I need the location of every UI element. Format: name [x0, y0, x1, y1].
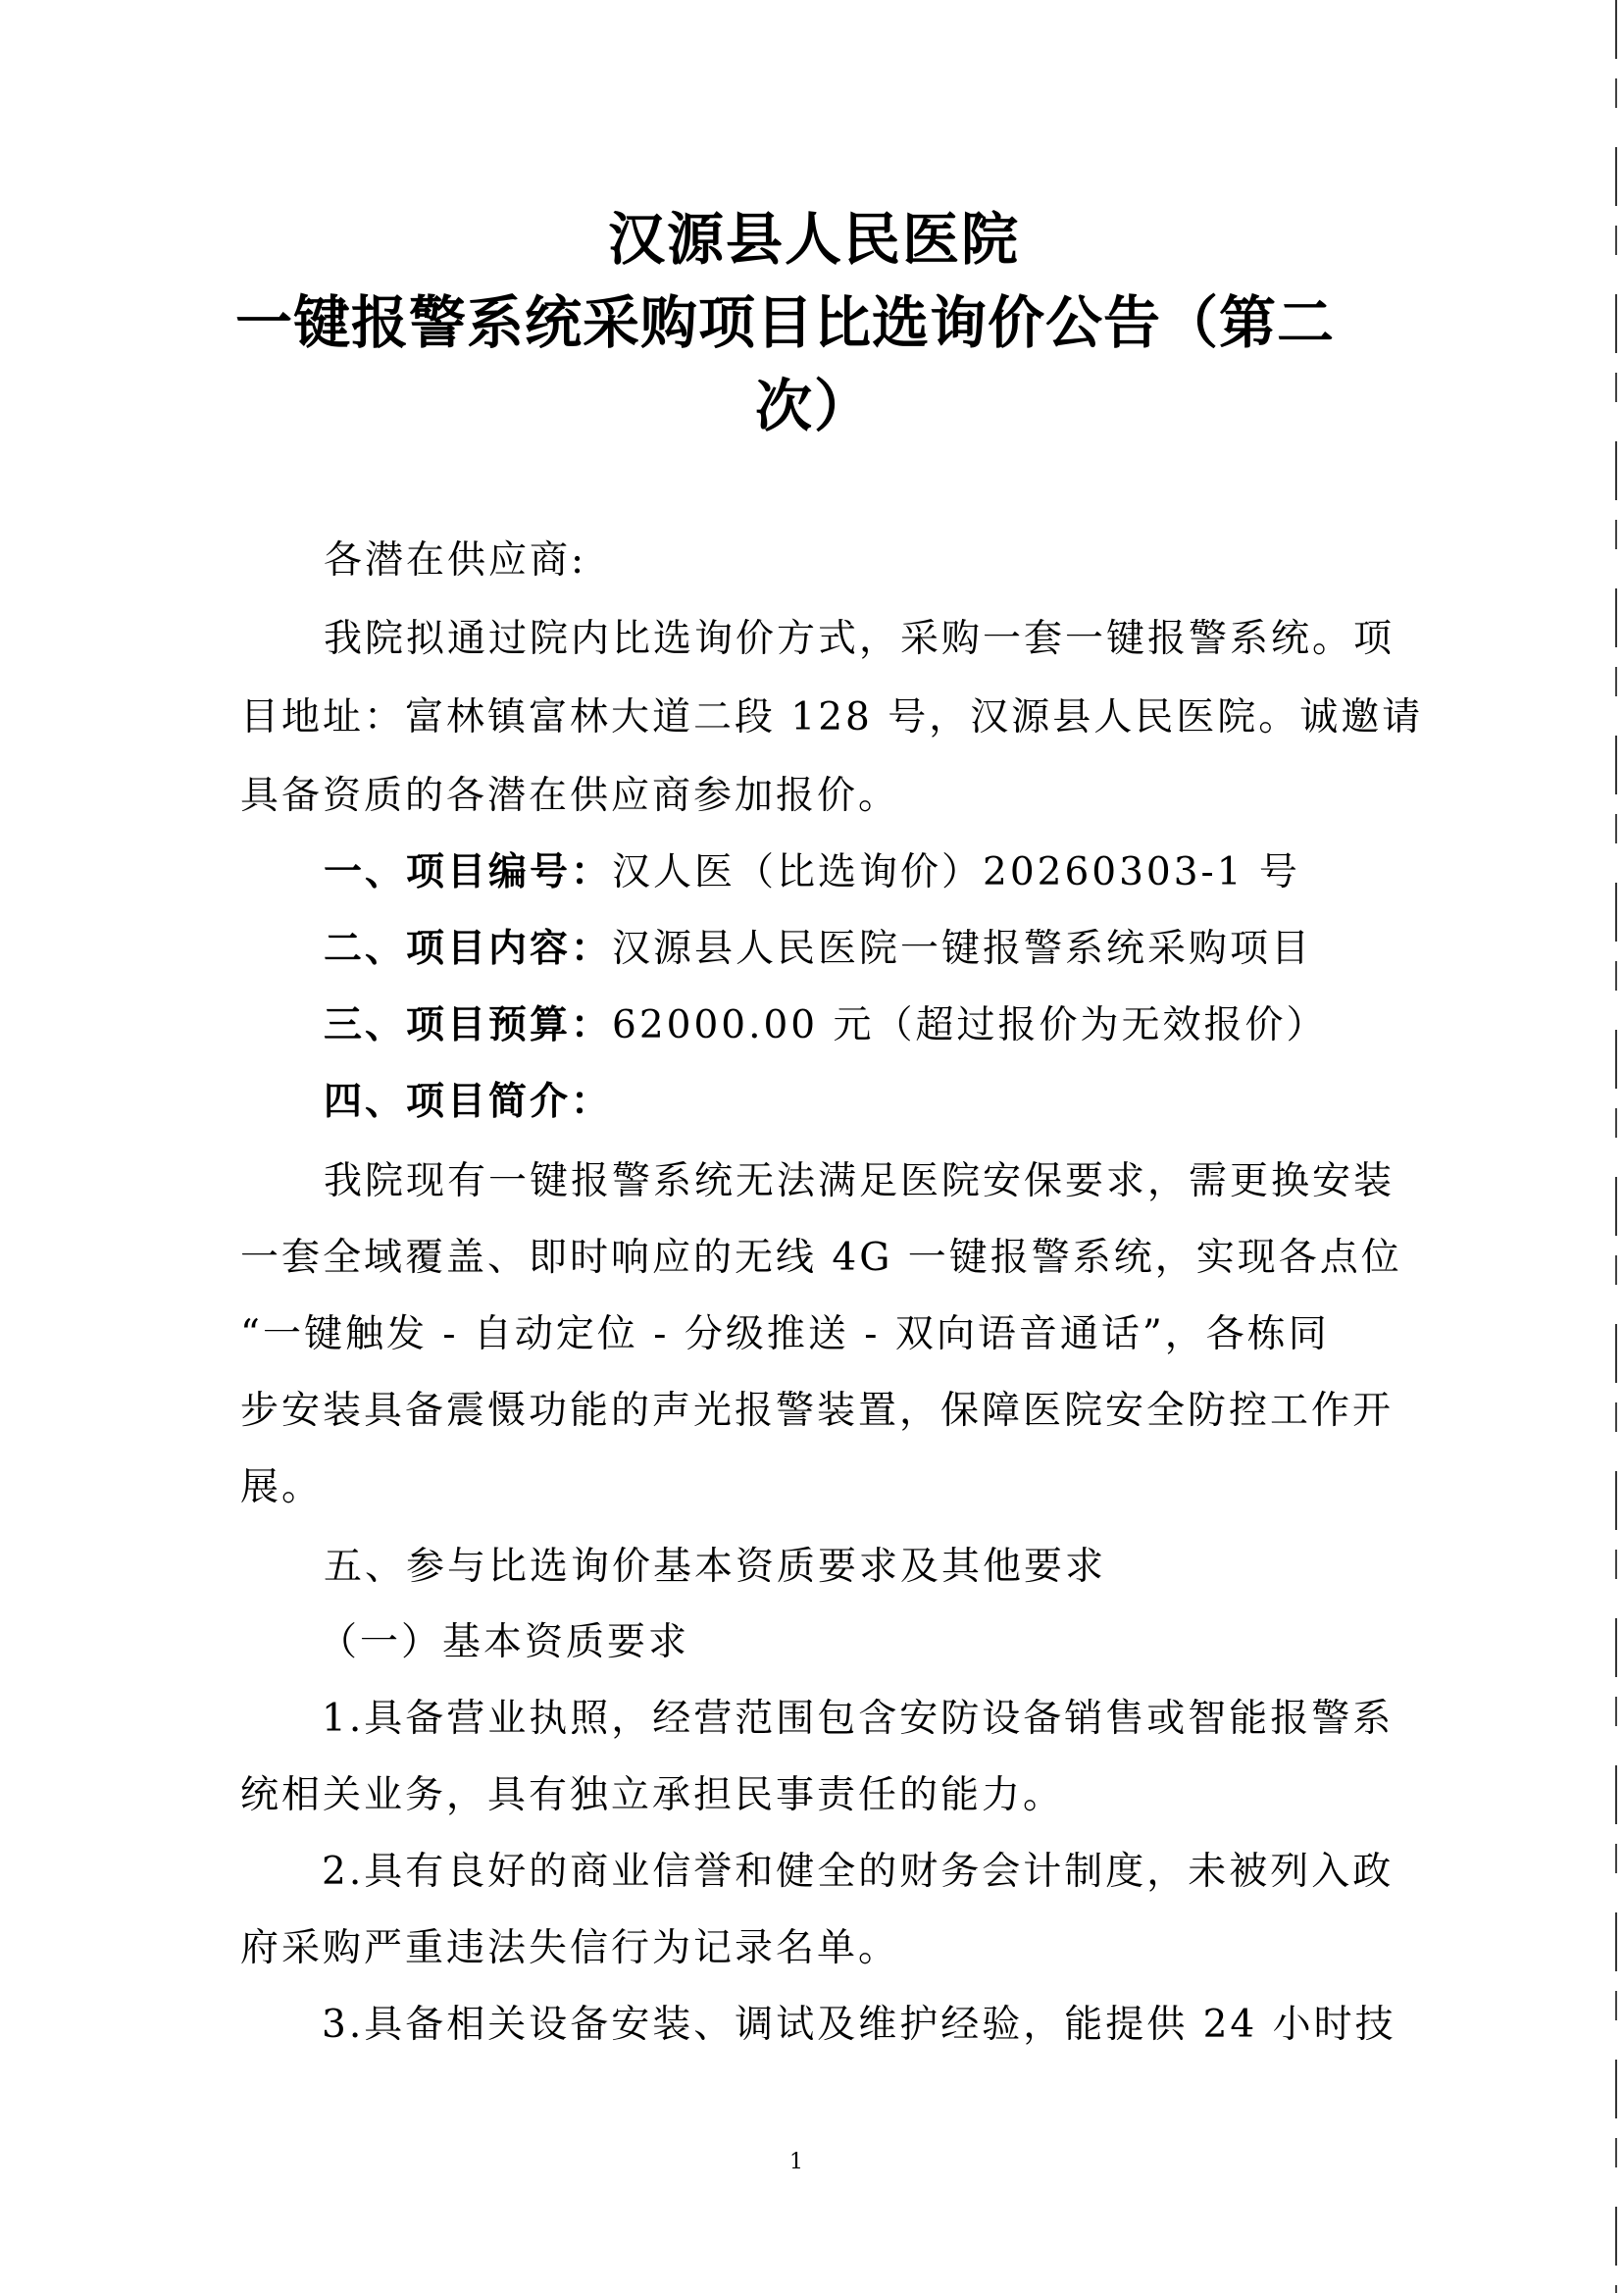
requirement-1-line-2: 统相关业务，具有独立承担民事责任的能力。: [240, 1776, 1064, 1814]
document-title-line-3: 次）: [755, 378, 951, 434]
intro-line-3: 具备资质的各潜在供应商参加报价。: [240, 777, 899, 815]
section-2: 二、项目内容：汉源县人民医院一键报警系统采购项目: [324, 930, 1312, 968]
summary-line-2: 一套全域覆盖、即时响应的无线 4G 一键报警系统，实现各点位: [240, 1239, 1402, 1277]
section-5-heading: 五、参与比选询价基本资质要求及其他要求: [324, 1548, 1106, 1586]
document-title-line-2: 一键报警系统采购项目比选询价公告（第二: [235, 294, 1412, 351]
section-5-subheading: （一）基本资质要求: [319, 1623, 689, 1661]
section-2-label: 二、项目内容：: [324, 927, 612, 971]
summary-line-1: 我院现有一键报警系统无法满足医院安保要求，需更换安装: [324, 1162, 1395, 1200]
section-2-value: 汉源县人民医院一键报警系统采购项目: [612, 927, 1312, 971]
requirement-2-line-2: 府采购严重违法失信行为记录名单。: [240, 1929, 899, 1967]
section-4: 四、项目简介：: [324, 1083, 612, 1121]
page-number: 1: [789, 2150, 803, 2174]
intro-line-1: 我院拟通过院内比选询价方式，采购一套一键报警系统。项: [324, 620, 1395, 658]
section-4-label: 四、项目简介：: [324, 1080, 612, 1124]
section-3-label: 三、项目预算：: [324, 1003, 612, 1047]
summary-line-5: 展。: [240, 1468, 323, 1506]
requirement-2-line-1: 2.具有良好的商业信誉和健全的财务会计制度，未被列入政: [265, 1853, 1394, 1891]
section-1-label: 一、项目编号：: [324, 850, 612, 894]
section-1-value: 汉人医（比选询价）20260303-1 号: [612, 850, 1300, 894]
salutation: 各潜在供应商:: [324, 541, 586, 580]
scan-edge-mark: [1615, 0, 1617, 2293]
requirement-1-line-1: 1.具备营业执照，经营范围包含安防设备销售或智能报警系: [265, 1700, 1394, 1738]
section-3: 三、项目预算：62000.00 元（超过报价为无效报价）: [324, 1006, 1328, 1045]
section-3-value: 62000.00 元（超过报价为无效报价）: [612, 1003, 1328, 1047]
section-1: 一、项目编号：汉人医（比选询价）20260303-1 号: [324, 853, 1300, 892]
requirement-3-line-1: 3.具备相关设备安装、调试及维护经验，能提供 24 小时技: [265, 2006, 1396, 2044]
summary-line-3: “一键触发 - 自动定位 - 分级推送 - 双向语音通话”，各栋同: [240, 1315, 1330, 1353]
document-page: 汉源县人民医院 一键报警系统采购项目比选询价公告（第二 次） 各潜在供应商: 我…: [0, 0, 1624, 2293]
document-title-line-1: 汉源县人民医院: [196, 211, 1432, 268]
intro-line-2: 目地址：富林镇富林大道二段 128 号，汉源县人民医院。诚邀请: [240, 698, 1423, 737]
summary-line-4: 步安装具备震慑功能的声光报警装置，保障医院安全防控工作开: [240, 1392, 1394, 1430]
